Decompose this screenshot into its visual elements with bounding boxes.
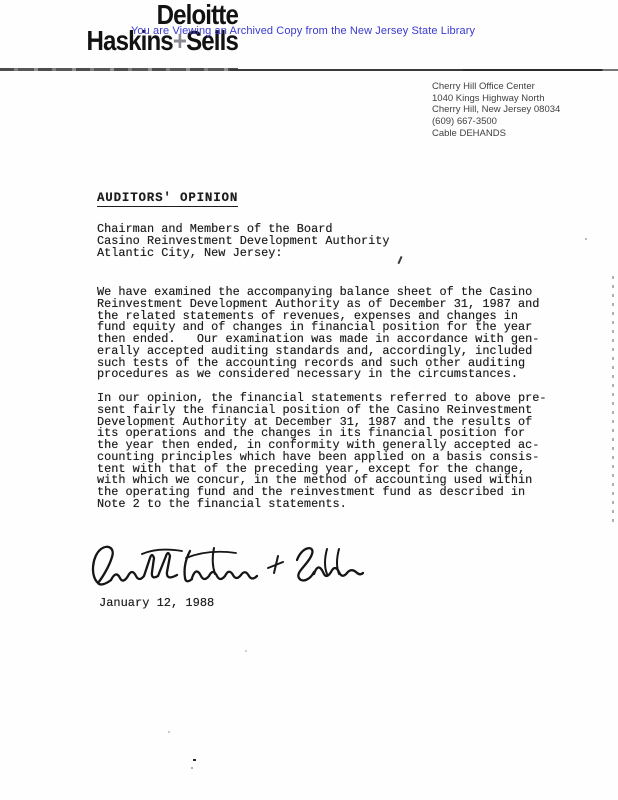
- letter-paragraph-1: We have examined the accompanying balanc…: [97, 287, 539, 381]
- scan-speck: [191, 767, 193, 769]
- scan-stray-mark: [397, 256, 402, 264]
- scan-speck: [168, 731, 170, 733]
- salutation-block: Chairman and Members of the Board Casino…: [97, 224, 390, 259]
- scan-line-artifact: [0, 68, 238, 71]
- archive-notice-text: You are Viewing an Archived Copy from th…: [131, 25, 475, 37]
- scan-edge-artifact: [612, 276, 614, 526]
- auditors-opinion-heading: AUDITORS' OPINION: [97, 191, 238, 207]
- scan-speck: [245, 650, 247, 652]
- letterhead-address: Cherry Hill Office Center 1040 Kings Hig…: [432, 81, 560, 140]
- letter-paragraph-2: In our opinion, the financial statements…: [97, 393, 547, 511]
- scan-speck: [585, 238, 587, 240]
- scan-line-artifact: [230, 69, 618, 71]
- letter-date: January 12, 1988: [99, 596, 214, 610]
- scan-speck: [193, 759, 196, 761]
- scanned-letter-page: Deloitte Haskins+Sells You are Viewing a…: [0, 0, 618, 800]
- signature-handwritten: [86, 538, 366, 600]
